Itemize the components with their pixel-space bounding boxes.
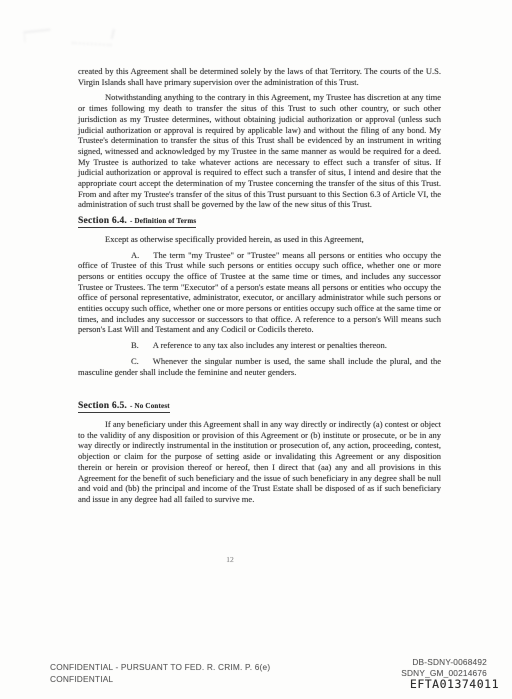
definition-item-b: B.A reference to any tax also includes a… (78, 340, 441, 351)
section-number: Section 6.4. (78, 215, 127, 226)
item-text: The term "my Trustee" or "Trustee" means… (78, 250, 441, 335)
confidential-line-2: CONFIDENTIAL (50, 673, 270, 685)
scan-artifact (23, 29, 51, 43)
paragraph: Except as otherwise specifically provide… (78, 234, 441, 245)
section-title: - No Contest (130, 402, 170, 410)
scan-artifact (103, 27, 115, 39)
item-label: B. (131, 340, 139, 350)
page-number: 12 (220, 555, 240, 564)
bates-numbers: DB-SDNY-0068492 SDNY_GM_00214676 EFTA013… (401, 657, 487, 690)
section-heading-6-5: Section 6.5.- No Contest (78, 401, 441, 412)
paragraph: created by this Agreement shall be deter… (78, 66, 441, 87)
bates-line-1: DB-SDNY-0068492 (401, 657, 487, 668)
confidential-line-1: CONFIDENTIAL - PURSUANT TO FED. R. CRIM.… (50, 661, 270, 673)
item-label: C. (131, 356, 139, 366)
paragraph: Notwithstanding anything to the contrary… (78, 92, 441, 210)
document-page: created by this Agreement shall be deter… (0, 0, 512, 699)
section-title: - Definition of Terms (130, 217, 196, 225)
efta-stamp: EFTA01374011 (401, 679, 499, 690)
confidential-stamp: CONFIDENTIAL - PURSUANT TO FED. R. CRIM.… (50, 661, 270, 686)
definition-item-a: A.The term "my Trustee" or "Trustee" mea… (78, 250, 441, 336)
definition-item-c: C.Whenever the singular number is used, … (78, 356, 441, 377)
item-text: A reference to any tax also includes any… (153, 340, 387, 350)
item-label: A. (131, 250, 139, 260)
paragraph: If any beneficiary under this Agreement … (78, 419, 441, 505)
document-body: created by this Agreement shall be deter… (78, 66, 441, 510)
section-number: Section 6.5. (78, 400, 127, 411)
section-heading-6-4: Section 6.4.- Definition of Terms (78, 216, 441, 227)
